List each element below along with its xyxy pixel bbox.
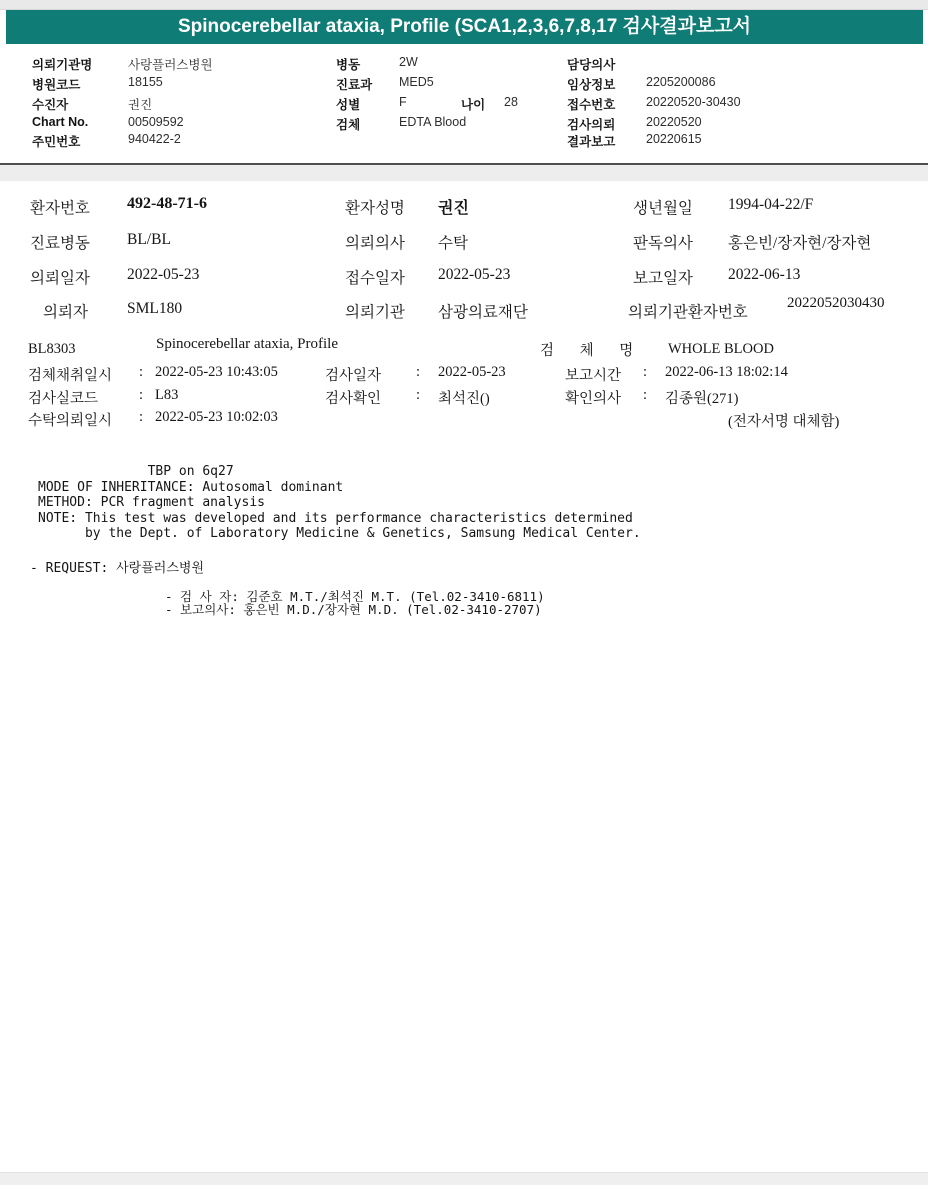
resident-id-value: 940422-2	[128, 132, 181, 146]
department-value: MED5	[399, 75, 434, 89]
order-request-label: 검사의뢰	[567, 115, 615, 133]
chart-no-value: 00509592	[128, 115, 184, 129]
collected-value: 2022-05-23 10:43:05	[155, 364, 278, 381]
request-org-value: 삼광의료재단	[438, 300, 528, 322]
report-time-label-text: 보고시간	[565, 364, 621, 385]
section-divider-band	[0, 165, 928, 181]
lab-code-value: L83	[155, 387, 178, 404]
care-ward-value: BL/BL	[127, 231, 171, 249]
specimen-name-label: 검 체 명	[540, 339, 633, 360]
colon: :	[416, 387, 420, 408]
resident-id-label: 주민번호	[32, 132, 80, 150]
request-date-value: 2022-05-23	[127, 266, 199, 284]
age-label: 나이	[461, 95, 485, 113]
patient-name-value: 권진	[438, 195, 469, 218]
colon: :	[139, 364, 143, 385]
reading-doctor-label: 판독의사	[633, 231, 693, 253]
test-confirm-label: 검사확인:	[325, 387, 420, 408]
report-page: Spinocerebellar ataxia, Profile (SCA1,2,…	[0, 0, 928, 1185]
birth-date-label: 생년월일	[633, 196, 693, 218]
colon: :	[643, 387, 647, 408]
bottom-edge-strip	[0, 1172, 928, 1185]
result-report-label: 결과보고	[567, 132, 615, 150]
colon: :	[139, 387, 143, 408]
outsource-request-label-text: 수탁의뢰일시	[28, 409, 112, 430]
report-date-label: 보고일자	[633, 266, 693, 288]
test-date-label-text: 검사일자	[325, 364, 381, 385]
report-date-value: 2022-06-13	[728, 266, 800, 284]
requester-value: SML180	[127, 300, 182, 318]
report-title: Spinocerebellar ataxia, Profile (SCA1,2,…	[178, 16, 751, 37]
org-patient-no-value: 2022052030430	[787, 295, 907, 311]
department-label: 진료과	[336, 75, 372, 93]
outsource-request-label: 수탁의뢰일시:	[28, 409, 143, 430]
confirm-doctor-label-text: 확인의사	[565, 387, 621, 408]
test-date-value: 2022-05-23	[438, 364, 506, 381]
result-report-value: 20220615	[646, 132, 702, 146]
receipt-date-label: 접수일자	[345, 266, 405, 288]
accession-no-value: 20220520-30430	[646, 95, 741, 109]
test-name: Spinocerebellar ataxia, Profile	[156, 336, 338, 353]
request-org-label: 의뢰기관	[345, 300, 405, 322]
specimen-label: 검체	[336, 115, 360, 133]
confirm-doctor-value: 김종원(271)	[665, 387, 738, 408]
patient-name-label: 환자성명	[345, 196, 405, 218]
attending-doctor-label: 담당의사	[567, 55, 615, 73]
specimen-value: EDTA Blood	[399, 115, 466, 129]
outsource-request-value: 2022-05-23 10:02:03	[155, 409, 278, 426]
org-patient-no-label: 의뢰기관환자번호	[628, 300, 748, 322]
colon: :	[416, 364, 420, 385]
confirm-doctor-label: 확인의사:	[565, 387, 647, 408]
request-doctor-value: 수탁	[438, 231, 468, 253]
test-confirm-value: 최석진()	[438, 387, 490, 408]
requester-label: 의뢰자	[43, 300, 88, 322]
patient-no-value: 492-48-71-6	[127, 195, 207, 213]
test-confirm-label-text: 검사확인	[325, 387, 381, 408]
clinical-info-value: 2205200086	[646, 75, 716, 89]
sex-label: 성별	[336, 95, 360, 113]
care-ward-label: 진료병동	[30, 231, 90, 253]
examinee-value: 권진	[128, 95, 152, 113]
patient-no-label: 환자번호	[30, 196, 90, 218]
sex-value: F	[399, 95, 407, 109]
report-time-label: 보고시간:	[565, 364, 647, 385]
order-request-value: 20220520	[646, 115, 702, 129]
colon: :	[643, 364, 647, 385]
clinical-info-label: 임상정보	[567, 75, 615, 93]
request-date-label: 의뢰일자	[30, 266, 90, 288]
request-doctor-label: 의뢰의사	[345, 231, 405, 253]
lab-code-label-text: 검사실코드	[28, 387, 98, 408]
report-body-text: TBP on 6q27 MODE OF INHERITANCE: Autosom…	[38, 464, 641, 542]
org-name-label: 의뢰기관명	[32, 55, 92, 73]
collected-label: 검체채취일시:	[28, 364, 143, 385]
ward-label: 병동	[336, 55, 360, 73]
birth-date-value: 1994-04-22/F	[728, 196, 813, 214]
ward-value: 2W	[399, 55, 418, 69]
request-line: - REQUEST: 사랑플러스병원	[30, 557, 204, 576]
examinee-label: 수진자	[32, 95, 68, 113]
report-title-bar: Spinocerebellar ataxia, Profile (SCA1,2,…	[6, 10, 923, 44]
staff-lines: - 검 사 자: 김준호 M.T./최석진 M.T. (Tel.02-3410-…	[165, 591, 545, 616]
report-time-value: 2022-06-13 18:02:14	[665, 364, 788, 381]
hospital-code-value: 18155	[128, 75, 163, 89]
chart-no-label: Chart No.	[32, 115, 88, 129]
top-edge-strip	[0, 0, 928, 10]
age-value: 28	[504, 95, 518, 109]
specimen-name-value: WHOLE BLOOD	[668, 341, 774, 358]
esign-note: (전자서명 대체함)	[728, 410, 839, 431]
lab-code-label: 검사실코드:	[28, 387, 143, 408]
colon: :	[139, 409, 143, 430]
reading-doctor-value: 홍은빈/장자현/장자현	[728, 231, 871, 253]
org-name-value: 사랑플러스병원	[128, 55, 213, 73]
receipt-date-value: 2022-05-23	[438, 266, 510, 284]
accession-no-label: 접수번호	[567, 95, 615, 113]
test-code: BL8303	[28, 341, 76, 358]
test-date-label: 검사일자:	[325, 364, 420, 385]
collected-label-text: 검체채취일시	[28, 364, 112, 385]
hospital-code-label: 병원코드	[32, 75, 80, 93]
